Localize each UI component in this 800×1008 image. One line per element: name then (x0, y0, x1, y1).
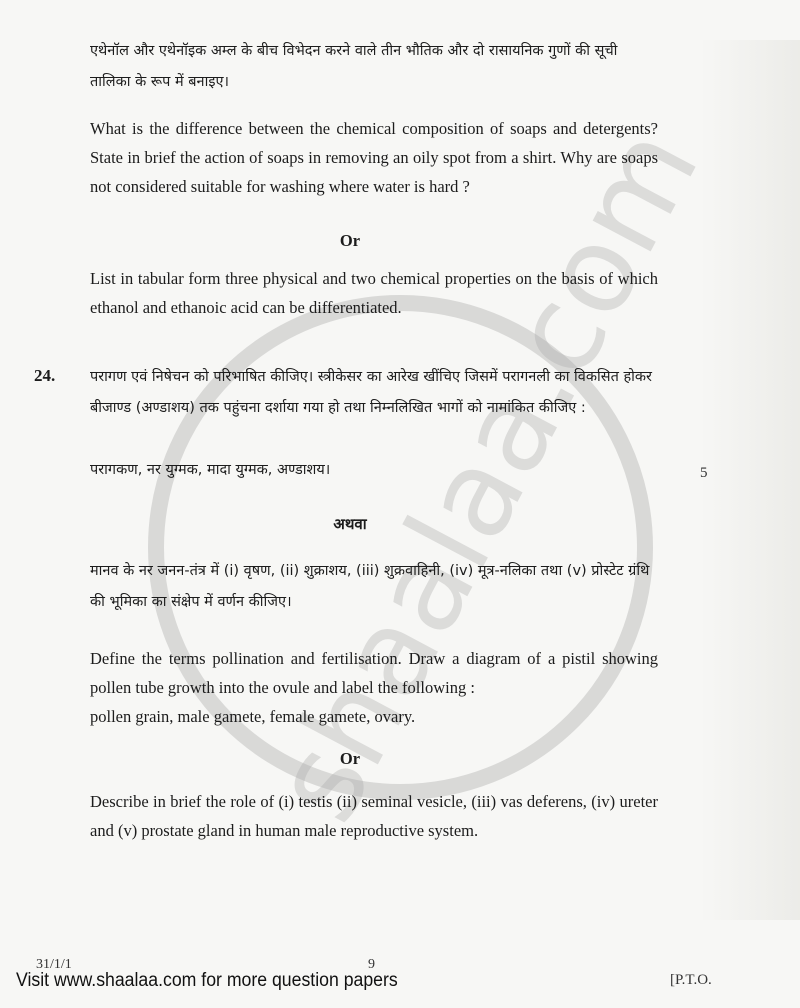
q24-hindi-or-label: अथवा (90, 509, 610, 540)
q24-english-or: Describe in brief the role of (i) testis… (90, 787, 658, 845)
q24-hindi-main: परागण एवं निषेचन को परिभाषित कीजिए। स्त्… (90, 362, 658, 424)
q24-or-label: Or (90, 749, 610, 769)
q23-english-or: List in tabular form three physical and … (90, 264, 658, 322)
q24-english-main: Define the terms pollination and fertili… (90, 644, 658, 702)
q24-hindi-labels: परागकण, नर युग्मक, मादा युग्मक, अण्डाशय। (90, 455, 658, 486)
question-number-24: 24. (34, 366, 55, 386)
visit-website-link[interactable]: Visit www.shaalaa.com for more question … (16, 970, 398, 992)
q23-hindi-or-part: एथेनॉल और एथेनॉइक अम्ल के बीच विभेदन करन… (90, 36, 658, 98)
q24-english-labels: pollen grain, male gamete, female gamete… (90, 702, 658, 731)
q24-marks: 5 (700, 465, 708, 482)
exam-page: shaalaa.com एथेनॉल और एथेनॉइक अम्ल के बी… (0, 0, 800, 1008)
q23-english-main: What is the difference between the chemi… (90, 114, 658, 201)
please-turn-over: [P.T.O. (670, 972, 712, 989)
q24-hindi-or: मानव के नर जनन-तंत्र में (i) वृषण, (ii) … (90, 556, 658, 618)
scan-shadow (700, 40, 800, 920)
q23-or-label: Or (90, 231, 610, 251)
